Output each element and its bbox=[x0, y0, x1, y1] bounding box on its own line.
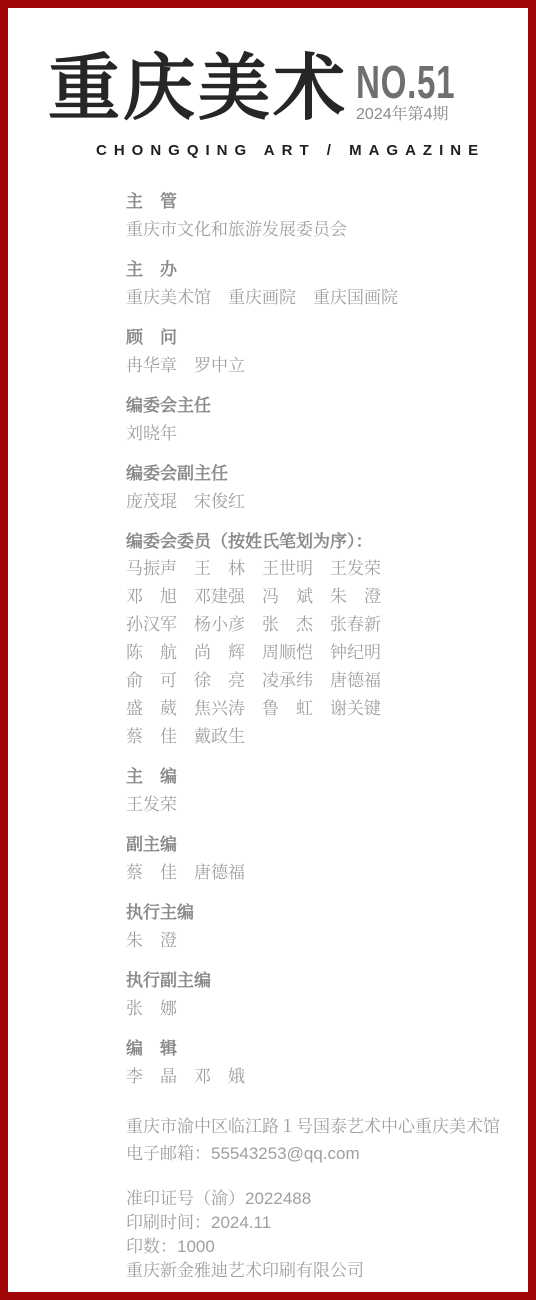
imprint-block: 准印证号（渝）2022488 印刷时间：2024.11 印数：1000 重庆新金… bbox=[126, 1187, 528, 1283]
section-value: 庞茂琨 宋俊红 bbox=[126, 489, 528, 514]
section-value: 朱 澄 bbox=[126, 928, 528, 953]
section-value: 冉华章 罗中立 bbox=[126, 353, 528, 378]
section-value: 王发荣 bbox=[126, 792, 528, 817]
section-label: 顾 问 bbox=[126, 325, 528, 350]
section-value: 蔡 佳 唐德福 bbox=[126, 860, 528, 885]
section-label: 主 办 bbox=[126, 257, 528, 282]
masthead: 重庆美术 NO.51 2024年第4期 CHONGQING ART / MAGA… bbox=[48, 50, 528, 159]
section-value: 李 晶 邓 娥 bbox=[126, 1064, 528, 1089]
printer-name-line: 重庆新金雅迪艺术印刷有限公司 bbox=[126, 1259, 528, 1283]
section-advisor: 顾 问 冉华章 罗中立 bbox=[126, 325, 528, 378]
section-value: 刘晓年 bbox=[126, 421, 528, 446]
committee-row: 孙汉军 杨小彦 张 杰 张春新 bbox=[126, 612, 528, 638]
section-value: 重庆市文化和旅游发展委员会 bbox=[126, 217, 528, 242]
committee-row: 蔡 佳 戴政生 bbox=[126, 724, 528, 750]
issue-block: NO.51 2024年第4期 bbox=[356, 61, 494, 126]
title-row: 重庆美术 NO.51 2024年第4期 bbox=[48, 50, 528, 126]
committee-row: 邓 旭 邓建强 冯 斌 朱 澄 bbox=[126, 584, 528, 610]
section-label: 主 管 bbox=[126, 189, 528, 214]
license-number-line: 准印证号（渝）2022488 bbox=[126, 1187, 528, 1211]
colophon-content: 主 管 重庆市文化和旅游发展委员会 主 办 重庆美术馆 重庆画院 重庆国画院 顾… bbox=[126, 189, 528, 1283]
section-committee-director: 编委会主任 刘晓年 bbox=[126, 393, 528, 446]
section-executive-deputy-editor: 执行副主编 张 娜 bbox=[126, 968, 528, 1021]
section-value: 张 娜 bbox=[126, 996, 528, 1021]
section-value: 重庆美术馆 重庆画院 重庆国画院 bbox=[126, 285, 528, 310]
issue-number: NO.51 bbox=[356, 61, 455, 103]
section-executive-editor: 执行主编 朱 澄 bbox=[126, 900, 528, 953]
section-organizer: 主 办 重庆美术馆 重庆画院 重庆国画院 bbox=[126, 257, 528, 310]
magazine-colophon-page: 重庆美术 NO.51 2024年第4期 CHONGQING ART / MAGA… bbox=[0, 0, 536, 1300]
magazine-title: 重庆美术 bbox=[48, 50, 348, 126]
committee-row: 陈 航 尚 辉 周顺恺 钟纪明 bbox=[126, 640, 528, 666]
section-editor: 编 辑 李 晶 邓 娥 bbox=[126, 1036, 528, 1089]
section-label: 主 编 bbox=[126, 764, 528, 789]
section-committee-members: 编委会委员（按姓氏笔划为序）： 马振声 王 林 王世明 王发荣 邓 旭 邓建强 … bbox=[126, 529, 528, 750]
section-label: 编委会副主任 bbox=[126, 461, 528, 486]
contact-block: 重庆市渝中区临江路１号国泰艺术中心重庆美术馆 电子邮箱：55543253@qq.… bbox=[126, 1113, 528, 1167]
magazine-tagline: CHONGQING ART / MAGAZINE bbox=[96, 142, 528, 159]
committee-row: 俞 可 徐 亮 凌承纬 唐德福 bbox=[126, 668, 528, 694]
print-run-line: 印数：1000 bbox=[126, 1235, 528, 1259]
section-committee-deputy-director: 编委会副主任 庞茂琨 宋俊红 bbox=[126, 461, 528, 514]
committee-row: 盛 葳 焦兴涛 鲁 虹 谢关键 bbox=[126, 696, 528, 722]
email-line: 电子邮箱：55543253@qq.com bbox=[126, 1140, 528, 1167]
issue-date: 2024年第4期 bbox=[356, 106, 494, 124]
section-supervisor: 主 管 重庆市文化和旅游发展委员会 bbox=[126, 189, 528, 242]
section-chief-editor: 主 编 王发荣 bbox=[126, 764, 528, 817]
section-label: 编 辑 bbox=[126, 1036, 528, 1061]
section-label: 执行主编 bbox=[126, 900, 528, 925]
section-label: 副主编 bbox=[126, 832, 528, 857]
print-date-line: 印刷时间：2024.11 bbox=[126, 1211, 528, 1235]
committee-row: 马振声 王 林 王世明 王发荣 bbox=[126, 556, 528, 582]
address-line: 重庆市渝中区临江路１号国泰艺术中心重庆美术馆 bbox=[126, 1113, 528, 1140]
section-label: 编委会主任 bbox=[126, 393, 528, 418]
section-deputy-chief-editor: 副主编 蔡 佳 唐德福 bbox=[126, 832, 528, 885]
section-label: 编委会委员（按姓氏笔划为序）： bbox=[126, 529, 528, 554]
section-label: 执行副主编 bbox=[126, 968, 528, 993]
